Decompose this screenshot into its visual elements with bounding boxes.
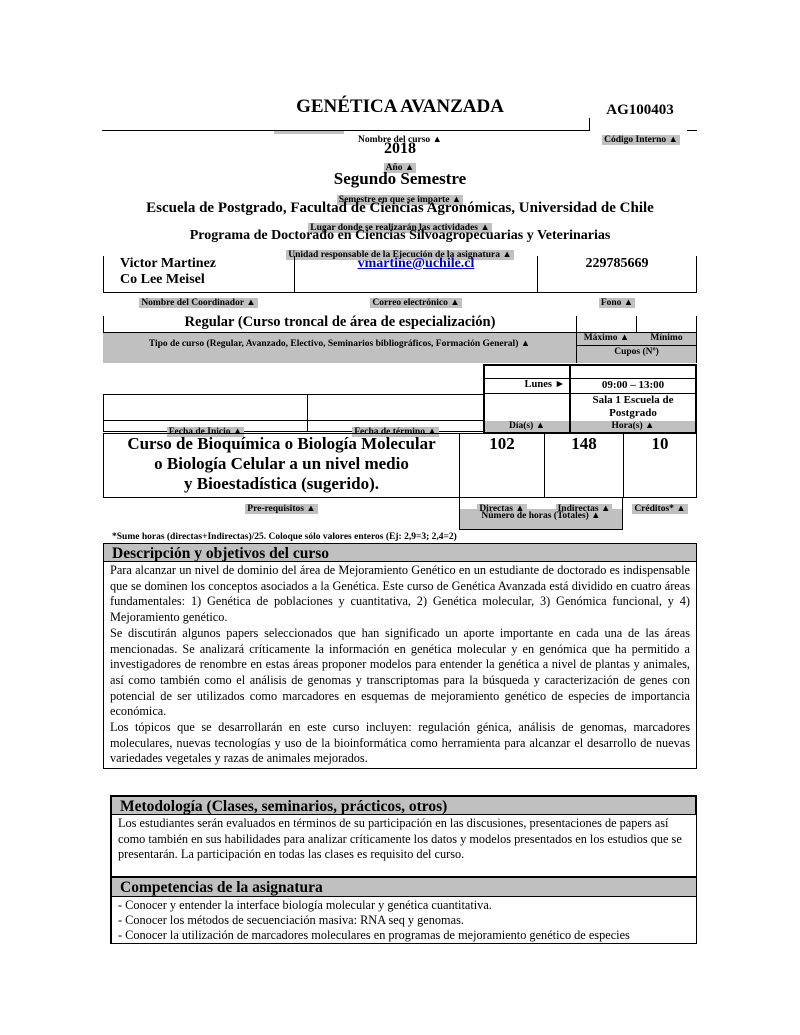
competencies-body: - Conocer y entender la interface biolog… — [110, 896, 697, 944]
coordinator-names: Victor Martinez Co Lee Meisel — [120, 256, 216, 288]
credits-footnote: *Sume horas (directas+Indirectas)/25. Co… — [112, 532, 457, 542]
quota-max-field[interactable] — [577, 316, 636, 332]
coord-left-border — [103, 256, 104, 292]
description-body: Para alcanzar un nivel de dominio del ár… — [103, 561, 697, 769]
prerequisites-label: Pre-requisitos ▲ — [245, 504, 317, 514]
competencies-title: Competencias de la asignatura — [110, 877, 697, 897]
prerequisite-line-1: Curso de Bioquímica o Biología Molecular — [104, 434, 459, 454]
credits: 10 — [624, 434, 696, 454]
indirect-hours: 148 — [545, 434, 623, 454]
quota-min-label: Mínimo — [637, 333, 696, 344]
course-type-label: Tipo de curso (Regular, Avanzado, Electi… — [149, 339, 530, 349]
internal-code: AG100403 — [590, 102, 690, 119]
schedule-room: Sala 1 Escuela de Postgrado — [578, 394, 688, 420]
coordinator-name-1: Victor Martinez — [120, 256, 216, 272]
header-rule-tick — [589, 118, 590, 130]
methodology-body: Los estudiantes serán evaluados en térmi… — [110, 814, 697, 877]
semester: Segundo Semestre — [200, 169, 600, 189]
unit: Programa de Doctorado en Ciencias Silvoa… — [100, 228, 700, 244]
competency-item-2: - Conocer los métodos de secuenciación m… — [118, 913, 690, 928]
prerequisites: Curso de Bioquímica o Biología Molecular… — [104, 434, 459, 494]
coordinator-phone: 229785669 — [538, 256, 696, 272]
methodology-text: Los estudiantes serán evaluados en térmi… — [118, 816, 690, 863]
header-rule-right — [687, 130, 697, 131]
location: Escuela de Postgrado, Facultad de Cienci… — [100, 200, 700, 217]
start-date-field[interactable] — [104, 395, 307, 420]
schedule-day: Lunes ► — [485, 379, 565, 390]
quota-max-label: Máximo ▲ — [577, 333, 636, 344]
coordinator-email-link[interactable]: vmartine@uchile.cl — [358, 256, 475, 271]
schedule-time: 09:00 – 13:00 — [571, 379, 695, 391]
total-hours-label: Número de horas (Totales) ▲ — [460, 511, 622, 522]
coordinator-name-2: Co Lee Meisel — [120, 272, 216, 288]
coordinator-email-label: Correo electrónico ▲ — [370, 298, 461, 308]
internal-code-label: Código Interno ▲ — [602, 135, 680, 145]
quota-divider — [577, 345, 696, 346]
quota-label: Cupos (Nº) — [577, 347, 696, 358]
hour-label: Hora(s) ▲ — [571, 421, 695, 432]
quota-min-field[interactable] — [637, 316, 696, 332]
methodology-title: Metodología (Clases, seminarios, práctic… — [110, 795, 697, 815]
competency-item-3: - Conocer la utilización de marcadores m… — [118, 928, 690, 943]
coordinator-name-label: Nombre del Coordinador ▲ — [139, 298, 257, 308]
description-paragraph-3: Los tópicos que se desarrollarán en este… — [110, 720, 690, 767]
coordinator-phone-label: Fono ▲ — [599, 298, 635, 308]
course-name: GENÉTICA AVANZADA — [260, 96, 540, 118]
day-label: Día(s) ▲ — [485, 421, 569, 432]
course-type-value: Regular (Curso troncal de área de especi… — [104, 314, 576, 331]
direct-hours: 102 — [460, 434, 544, 454]
end-date-field[interactable] — [308, 395, 483, 420]
description-title: Descripción y objetivos del curso — [103, 543, 697, 562]
prerequisite-line-2: o Biología Celular a un nivel medio — [104, 454, 459, 474]
quota-right-border — [696, 316, 697, 363]
year: 2018 — [300, 140, 500, 158]
prerequisite-line-3: y Bioestadística (sugerido). — [104, 474, 459, 494]
credits-label: Créditos* ▲ — [632, 504, 687, 514]
coord-right-border — [696, 256, 697, 292]
description-paragraph-1: Para alcanzar un nivel de dominio del ár… — [110, 563, 690, 626]
competency-item-1: - Conocer y entender la interface biolog… — [118, 898, 690, 913]
description-paragraph-2: Se discutirán algunos papers seleccionad… — [110, 626, 690, 720]
